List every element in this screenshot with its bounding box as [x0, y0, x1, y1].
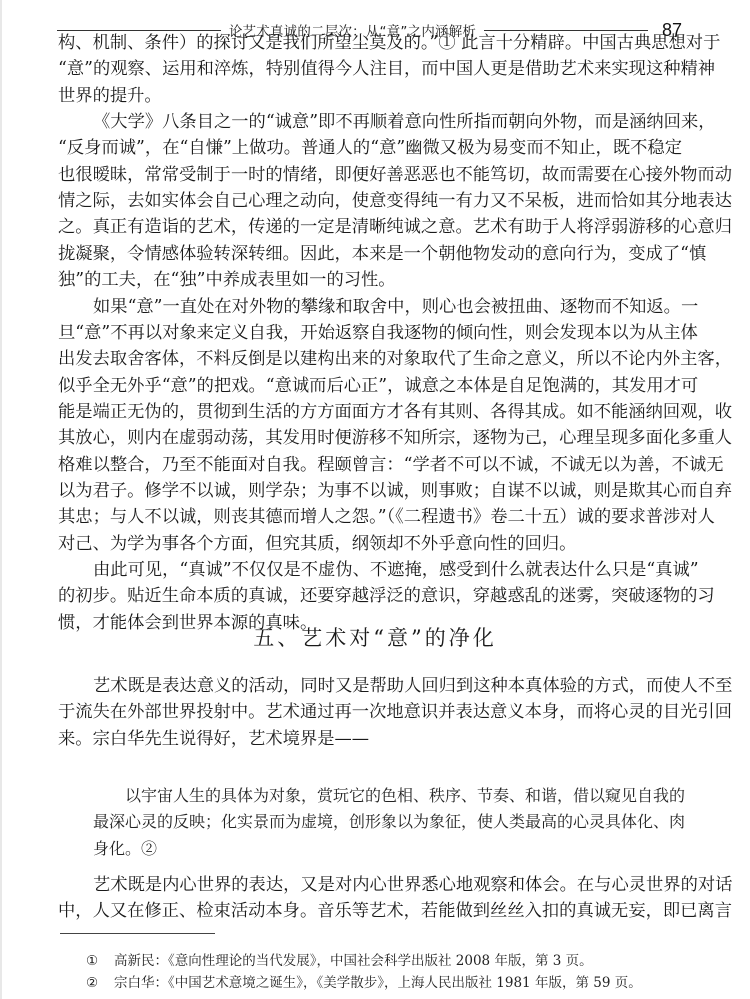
text-line: 《大学》八条目之一的“诚意”即不再顺着意向性所指而朝向外物，而是涵纳回来，: [58, 109, 682, 135]
footnote-marker: ②: [86, 972, 114, 994]
text-line: 对己、为学为事各个方面，但究其质，纲领却不外乎意向性的回归。: [58, 531, 682, 557]
quote-line: 最深心灵的反映；化实景而为虚境，创形象以为象征，使人类最高的心灵具体化、肉: [93, 809, 682, 835]
text-line: 情之际，去如实体会自己心理之动向，使意变得纯一有力又不呆板，进而恰如其分地表达: [58, 188, 682, 214]
paragraph-inner-world: 艺术既是内心世界的表达，又是对内心世界悉心地观察和体会。在与心灵世界的对话 中，…: [58, 872, 682, 925]
text-line: 由此可见，“真诚”不仅仅是不虚伪、不遮掩，感受到什么就表达什么只是“真诚”: [58, 557, 682, 583]
footnote-2: ②宗白华：《中国艺术意境之诞生》，《美学散步》，上海人民出版社 1981 年版，…: [86, 972, 642, 994]
section-heading: 五、艺术对“意”的净化: [0, 622, 750, 652]
paragraph-art-meaning: 艺术既是表达意义的活动，同时又是帮助人回归到这种本真体验的方式，而使人不至 于流…: [58, 673, 682, 752]
text-line: 构、机制、条件）的探讨又是我们所望尘莫及的。”① 此言十分精辟。中国古典思想对于: [58, 30, 682, 56]
text-line: 出发去取舍客体，不料反倒是以建构出来的对象取代了生命之意义，所以不论内外主客，: [58, 346, 682, 372]
text-line: 拢凝聚，令情感体验转深转细。因此，本来是一个朝他物发动的意向行为，变成了“慎: [58, 241, 682, 267]
quote-line: 身化。②: [93, 836, 682, 862]
quote-line: 以宇宙人生的具体为对象，赏玩它的色相、秩序、节奏、和谐，借以窥见自我的: [93, 783, 682, 809]
page-edge: [0, 0, 2, 999]
text-line: “反身而诚”，在“自慊”上做功。普通人的“意”幽微又极为易变而不知止，既不稳定: [58, 135, 682, 161]
text-line: 艺术既是表达意义的活动，同时又是帮助人回归到这种本真体验的方式，而使人不至: [58, 673, 682, 699]
text-line: 旦“意”不再以对象来定义自我，开始返察自我逐物的倾向性，则会发现本以为从主体: [58, 320, 682, 346]
text-line: 中，人又在修正、检束活动本身。音乐等艺术，若能做到丝丝入扣的真诚无妄，即已离言: [58, 898, 682, 924]
text-line: 艺术既是内心世界的表达，又是对内心世界悉心地观察和体会。在与心灵世界的对话: [58, 872, 682, 898]
text-line: 的初步。贴近生命本质的真诚，还要穿越浮泛的意识，穿越惑乱的迷雾，突破逐物的习: [58, 583, 682, 609]
paragraph-continued: 构、机制、条件）的探讨又是我们所望尘莫及的。”① 此言十分精辟。中国古典思想对于…: [58, 30, 682, 109]
footnote-1: ①高新民：《意向性理论的当代发展》，中国社会科学出版社 2008 年版，第 3 …: [86, 950, 642, 972]
footnotes: ①高新民：《意向性理论的当代发展》，中国社会科学出版社 2008 年版，第 3 …: [86, 950, 642, 994]
text-line: 格难以整合，乃至不能面对自我。程颐曾言：“学者不可以不诚，不诚无以为善，不诚无: [58, 452, 682, 478]
text-line: 如果“意”一直处在对外物的攀缘和取舍中，则心也会被扭曲、逐物而不知返。一: [58, 294, 682, 320]
text-line: 来。宗白华先生说得好，艺术境界是——: [58, 726, 682, 752]
footnote-rule: [60, 933, 215, 934]
text-line: 之。真正有造诣的艺术，传递的一定是清晰纯诚之意。艺术有助于人将浮弱游移的心意归: [58, 214, 682, 240]
text-line: 也很暧昧，常常受制于一时的情绪，即便好善恶恶也不能笃切，故而需要在心接外物而动: [58, 162, 682, 188]
footnote-text: 高新民：《意向性理论的当代发展》，中国社会科学出版社 2008 年版，第 3 页…: [114, 953, 593, 969]
footnote-text: 宗白华：《中国艺术意境之诞生》，《美学散步》，上海人民出版社 1981 年版，第…: [114, 975, 642, 991]
text-line: 以为君子。修学不以诚，则学杂；为事不以诚，则事败；自谋不以诚，则是欺其心而自弃: [58, 478, 682, 504]
text-line: 其忠；与人不以诚，则丧其德而增人之怨。”（《二程遗书》卷二十五）诚的要求普涉对人: [58, 504, 682, 530]
text-line: 于流失在外部世界投射中。艺术通过再一次地意识并表达意义本身，而将心灵的目光引回: [58, 699, 682, 725]
book-page: 论艺术真诚的二层次：从“意”之内涵解析 87 构、机制、条件）的探讨又是我们所望…: [0, 0, 750, 999]
text-line: 世界的提升。: [58, 83, 682, 109]
text-line: “意”的观察、运用和淬炼，特别值得今人注目，而中国人更是借助艺术来实现这种精神: [58, 56, 682, 82]
text-line: 独”的工夫，在“独”中养成表里如一的习性。: [58, 267, 682, 293]
paragraph-daxue: 《大学》八条目之一的“诚意”即不再顺着意向性所指而朝向外物，而是涵纳回来， “反…: [58, 109, 682, 293]
text-line: 能是端正无伪的，贯彻到生活的方方面面方才各有其则、各得其成。如不能涵纳回观，收: [58, 399, 682, 425]
block-quote: 以宇宙人生的具体为对象，赏玩它的色相、秩序、节奏、和谐，借以窥见自我的 最深心灵…: [93, 783, 682, 862]
paragraph-yi: 如果“意”一直处在对外物的攀缘和取舍中，则心也会被扭曲、逐物而不知返。一 旦“意…: [58, 294, 682, 557]
text-line: 似乎全无外乎“意”的把戏。“意诚而后心正”，诚意之本体是自足饱满的，其发用才可: [58, 373, 682, 399]
text-line: 其放心，则内在虚弱动荡，其发用时便游移不知所宗，逐物为己，心理呈现多面化多重人: [58, 425, 682, 451]
footnote-marker: ①: [86, 950, 114, 972]
